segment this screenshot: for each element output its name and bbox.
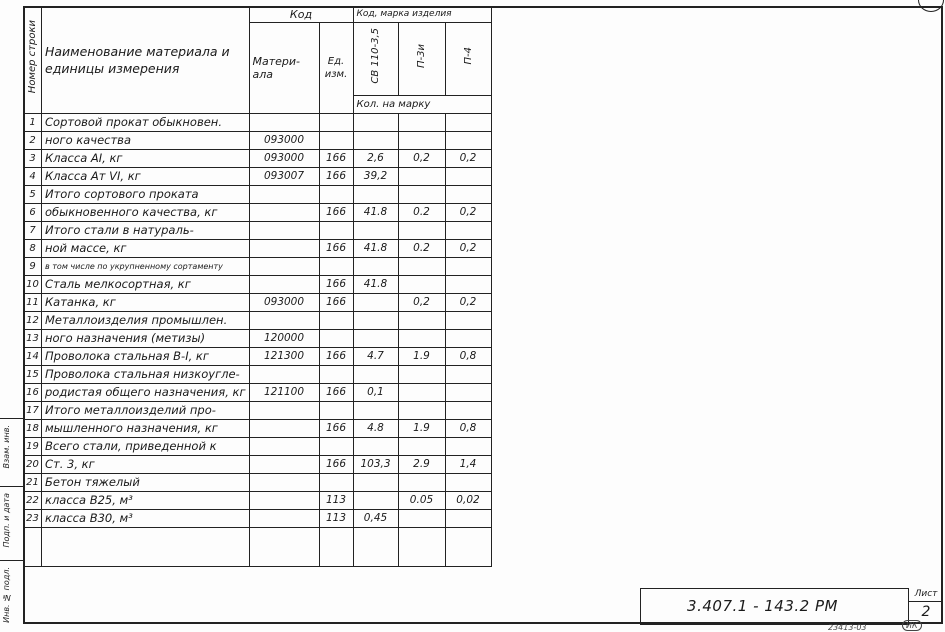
row-number-cell: 18 xyxy=(24,420,42,438)
table-row: 20Ст. 3, кг166103,32.91,4 xyxy=(24,456,492,474)
material-name-cell: Итого стали в натураль- xyxy=(42,222,250,240)
qty-p3i-cell xyxy=(398,528,445,567)
header-row-1: Номер строки Наименование материала и ед… xyxy=(24,7,492,23)
qty-sv110-cell xyxy=(353,438,398,456)
qty-p3i-cell xyxy=(398,258,445,276)
unit-code-cell: 166 xyxy=(319,294,353,312)
unit-code-cell xyxy=(319,438,353,456)
unit-code-cell: 113 xyxy=(319,510,353,528)
table-row: 13ного назначения (метизы)120000 xyxy=(24,330,492,348)
sheet-label: Лист xyxy=(909,588,943,602)
qty-p3i-cell: 0.2 xyxy=(398,240,445,258)
material-code-cell xyxy=(249,474,319,492)
material-code-cell: 093007 xyxy=(249,168,319,186)
qty-p3i-cell xyxy=(398,168,445,186)
header-material-code: Матери- ала xyxy=(249,23,319,114)
row-number-cell: 4 xyxy=(24,168,42,186)
table-row: 5Итого сортового проката xyxy=(24,186,492,204)
row-number-cell: 8 xyxy=(24,240,42,258)
frame-right xyxy=(941,6,943,624)
material-code-cell: 121100 xyxy=(249,384,319,402)
material-code-cell xyxy=(249,366,319,384)
qty-sv110-cell xyxy=(353,528,398,567)
qty-sv110-cell: 39,2 xyxy=(353,168,398,186)
table-row: 15Проволока стальная низкоугле- xyxy=(24,366,492,384)
material-name-cell: ного качества xyxy=(42,132,250,150)
table-row: 16родистая общего назначения, кг12110016… xyxy=(24,384,492,402)
qty-p4-cell: 0,2 xyxy=(445,204,491,222)
material-name-cell: Всего стали, приведенной к xyxy=(42,438,250,456)
archive-mark: ИК xyxy=(902,620,922,631)
unit-code-cell: 166 xyxy=(319,276,353,294)
qty-p3i-cell xyxy=(398,186,445,204)
qty-p4-cell xyxy=(445,276,491,294)
qty-p3i-cell xyxy=(398,132,445,150)
qty-p4-cell xyxy=(445,384,491,402)
material-code-cell xyxy=(249,240,319,258)
qty-sv110-cell xyxy=(353,132,398,150)
qty-p3i-cell xyxy=(398,312,445,330)
qty-p3i-cell xyxy=(398,474,445,492)
qty-p3i-cell: 0.05 xyxy=(398,492,445,510)
row-number-cell: 9 xyxy=(24,258,42,276)
qty-p3i-cell xyxy=(398,438,445,456)
qty-p3i-cell xyxy=(398,384,445,402)
qty-p4-cell xyxy=(445,312,491,330)
table-row: 9в том числе по укрупненному сортаменту xyxy=(24,258,492,276)
row-number-cell: 2 xyxy=(24,132,42,150)
title-block: 3.407.1 - 143.2 РМ xyxy=(640,588,909,625)
qty-p4-cell xyxy=(445,114,491,132)
row-number-cell: 17 xyxy=(24,402,42,420)
material-name-cell xyxy=(42,528,250,567)
header-mark-p3i: П-3и xyxy=(398,23,445,96)
side-cell-inventory-no: Инв. № подл. xyxy=(0,560,24,624)
unit-code-cell: 166 xyxy=(319,168,353,186)
qty-sv110-cell: 0,1 xyxy=(353,384,398,402)
qty-p3i-cell: 1.9 xyxy=(398,420,445,438)
header-mark-sv110: СВ 110-3,5 xyxy=(353,23,398,96)
qty-p4-cell: 0,2 xyxy=(445,240,491,258)
qty-sv110-cell: 4.7 xyxy=(353,348,398,366)
qty-sv110-cell: 4.8 xyxy=(353,420,398,438)
qty-p3i-cell: 0,2 xyxy=(398,150,445,168)
qty-sv110-cell xyxy=(353,312,398,330)
material-name-cell: в том числе по укрупненному сортаменту xyxy=(42,258,250,276)
qty-p4-cell: 0,8 xyxy=(445,420,491,438)
unit-code-cell xyxy=(319,330,353,348)
qty-p4-cell xyxy=(445,258,491,276)
qty-p3i-cell: 0.2 xyxy=(398,204,445,222)
unit-code-cell xyxy=(319,132,353,150)
side-label-replaced-inv: Взам. инв. xyxy=(2,425,11,468)
qty-p3i-cell: 0,2 xyxy=(398,294,445,312)
row-number-cell: 20 xyxy=(24,456,42,474)
sheet-box: Лист 2 xyxy=(908,588,943,623)
material-code-cell xyxy=(249,528,319,567)
unit-code-cell: 166 xyxy=(319,150,353,168)
table-row: 12Металлоизделия промышлен. xyxy=(24,312,492,330)
archive-number: 23413-03 xyxy=(828,623,867,632)
table-row: 11Катанка, кг0930001660,20,2 xyxy=(24,294,492,312)
material-name-cell: Итого металлоизделий про- xyxy=(42,402,250,420)
qty-sv110-cell xyxy=(353,330,398,348)
qty-p4-cell xyxy=(445,474,491,492)
qty-p3i-cell: 1.9 xyxy=(398,348,445,366)
qty-p4-cell: 0,02 xyxy=(445,492,491,510)
table-row: 2ного качества093000 xyxy=(24,132,492,150)
material-code-cell xyxy=(249,492,319,510)
material-code-cell: 120000 xyxy=(249,330,319,348)
qty-sv110-cell: 41.8 xyxy=(353,204,398,222)
material-name-cell: Проволока стальная низкоугле- xyxy=(42,366,250,384)
qty-p4-cell xyxy=(445,132,491,150)
unit-code-cell xyxy=(319,114,353,132)
table-row: 3Класса АI, кг0930001662,60,20,2 xyxy=(24,150,492,168)
qty-p3i-cell: 2.9 xyxy=(398,456,445,474)
material-code-cell xyxy=(249,510,319,528)
material-name-cell: Класса Ат VI, кг xyxy=(42,168,250,186)
qty-p3i-cell xyxy=(398,402,445,420)
unit-code-cell xyxy=(319,366,353,384)
row-number-cell: 12 xyxy=(24,312,42,330)
header-code-group: Код xyxy=(249,7,353,23)
unit-code-cell: 166 xyxy=(319,348,353,366)
qty-p3i-cell xyxy=(398,114,445,132)
qty-sv110-cell xyxy=(353,366,398,384)
qty-p4-cell xyxy=(445,186,491,204)
material-code-cell xyxy=(249,276,319,294)
row-number-cell: 23 xyxy=(24,510,42,528)
table-row: 22класса В25, м³1130.050,02 xyxy=(24,492,492,510)
table-row: 23класса В30, м³1130,45 xyxy=(24,510,492,528)
table-row: 18мышленного назначения, кг1664.81.90,8 xyxy=(24,420,492,438)
unit-code-cell: 166 xyxy=(319,240,353,258)
unit-code-cell xyxy=(319,222,353,240)
row-number-cell: 22 xyxy=(24,492,42,510)
row-number-cell: 3 xyxy=(24,150,42,168)
qty-sv110-cell: 2,6 xyxy=(353,150,398,168)
material-spec-table: Номер строки Наименование материала и ед… xyxy=(23,6,492,567)
row-number-cell: 10 xyxy=(24,276,42,294)
qty-sv110-cell xyxy=(353,402,398,420)
unit-code-cell: 166 xyxy=(319,420,353,438)
qty-p4-cell xyxy=(445,528,491,567)
qty-sv110-cell: 41.8 xyxy=(353,276,398,294)
material-name-cell: мышленного назначения, кг xyxy=(42,420,250,438)
side-cell-replaced-inv: Взам. инв. xyxy=(0,418,24,487)
unit-code-cell: 166 xyxy=(319,456,353,474)
qty-p3i-cell xyxy=(398,222,445,240)
material-code-cell xyxy=(249,312,319,330)
row-number-cell: 11 xyxy=(24,294,42,312)
material-name-cell: класса В25, м³ xyxy=(42,492,250,510)
row-number-cell: 21 xyxy=(24,474,42,492)
qty-p4-cell xyxy=(445,222,491,240)
qty-sv110-cell: 103,3 xyxy=(353,456,398,474)
row-number-cell: 6 xyxy=(24,204,42,222)
side-label-signature-date: Подп. и дата xyxy=(2,493,11,548)
unit-code-cell xyxy=(319,258,353,276)
qty-p3i-cell xyxy=(398,276,445,294)
qty-p4-cell xyxy=(445,510,491,528)
material-code-cell xyxy=(249,114,319,132)
header-mark-p4: П-4 xyxy=(445,23,491,96)
material-name-cell: Класса АI, кг xyxy=(42,150,250,168)
qty-sv110-cell xyxy=(353,474,398,492)
qty-p3i-cell xyxy=(398,510,445,528)
material-name-cell: Сталь мелкосортная, кг xyxy=(42,276,250,294)
material-code-cell: 121300 xyxy=(249,348,319,366)
header-product-group: Код, марка изделия xyxy=(353,7,491,23)
table-row: 14Проволока стальная В-I, кг1213001664.7… xyxy=(24,348,492,366)
material-code-cell: 093000 xyxy=(249,132,319,150)
qty-sv110-cell xyxy=(353,294,398,312)
material-name-cell: Ст. 3, кг xyxy=(42,456,250,474)
material-code-cell xyxy=(249,222,319,240)
header-row-number: Номер строки xyxy=(24,7,42,114)
material-name-cell: ной массе, кг xyxy=(42,240,250,258)
qty-p4-cell: 0,2 xyxy=(445,294,491,312)
unit-code-cell xyxy=(319,402,353,420)
material-code-cell xyxy=(249,420,319,438)
qty-p4-cell xyxy=(445,168,491,186)
qty-sv110-cell xyxy=(353,114,398,132)
qty-sv110-cell xyxy=(353,492,398,510)
qty-sv110-cell: 0,45 xyxy=(353,510,398,528)
side-stamp-strip: Взам. инв. Подп. и дата Инв. № подл. xyxy=(0,418,25,623)
row-number-cell: 13 xyxy=(24,330,42,348)
row-number-cell: 14 xyxy=(24,348,42,366)
qty-p4-cell xyxy=(445,366,491,384)
row-number-cell xyxy=(24,528,42,567)
material-name-cell: Катанка, кг xyxy=(42,294,250,312)
table-row: 1Сортовой прокат обыкновен. xyxy=(24,114,492,132)
table-row: 17Итого металлоизделий про- xyxy=(24,402,492,420)
qty-p3i-cell xyxy=(398,330,445,348)
row-number-cell: 1 xyxy=(24,114,42,132)
header-material-name: Наименование материала и единицы измерен… xyxy=(42,7,250,114)
material-name-cell: ного назначения (метизы) xyxy=(42,330,250,348)
material-name-cell: Металлоизделия промышлен. xyxy=(42,312,250,330)
material-code-cell: 093000 xyxy=(249,150,319,168)
unit-code-cell xyxy=(319,528,353,567)
unit-code-cell: 166 xyxy=(319,384,353,402)
material-code-cell xyxy=(249,258,319,276)
material-code-cell: 093000 xyxy=(249,294,319,312)
material-name-cell: Сортовой прокат обыкновен. xyxy=(42,114,250,132)
table-row: 8ной массе, кг16641.80.20,2 xyxy=(24,240,492,258)
header-qty-per-mark: Кол. на марку xyxy=(353,96,491,114)
header-unit-code: Ед. изм. xyxy=(319,23,353,114)
material-name-cell: родистая общего назначения, кг xyxy=(42,384,250,402)
material-name-cell: класса В30, м³ xyxy=(42,510,250,528)
row-number-cell: 19 xyxy=(24,438,42,456)
table-row: 21Бетон тяжелый xyxy=(24,474,492,492)
table-row: 10Сталь мелкосортная, кг16641.8 xyxy=(24,276,492,294)
qty-sv110-cell xyxy=(353,186,398,204)
material-code-cell xyxy=(249,186,319,204)
material-name-cell: обыкновенного качества, кг xyxy=(42,204,250,222)
row-number-cell: 7 xyxy=(24,222,42,240)
qty-p4-cell xyxy=(445,402,491,420)
table-row: 7Итого стали в натураль- xyxy=(24,222,492,240)
table-body: 1Сортовой прокат обыкновен.2ного качеств… xyxy=(24,114,492,567)
qty-sv110-cell xyxy=(353,222,398,240)
qty-sv110-cell xyxy=(353,258,398,276)
side-label-inventory-no: Инв. № подл. xyxy=(2,567,11,623)
document-code: 3.407.1 - 143.2 РМ xyxy=(641,589,884,624)
row-number-cell: 16 xyxy=(24,384,42,402)
row-number-cell: 5 xyxy=(24,186,42,204)
table-row xyxy=(24,528,492,567)
unit-code-cell: 113 xyxy=(319,492,353,510)
qty-p4-cell xyxy=(445,438,491,456)
unit-code-cell xyxy=(319,474,353,492)
qty-sv110-cell: 41.8 xyxy=(353,240,398,258)
material-code-cell xyxy=(249,402,319,420)
material-name-cell: Итого сортового проката xyxy=(42,186,250,204)
material-code-cell xyxy=(249,438,319,456)
qty-p4-cell: 0,2 xyxy=(445,150,491,168)
table-row: 6обыкновенного качества, кг16641.80.20,2 xyxy=(24,204,492,222)
qty-p3i-cell xyxy=(398,366,445,384)
material-name-cell: Бетон тяжелый xyxy=(42,474,250,492)
table-row: 4Класса Ат VI, кг09300716639,2 xyxy=(24,168,492,186)
row-number-cell: 15 xyxy=(24,366,42,384)
side-cell-signature-date: Подп. и дата xyxy=(0,486,24,561)
material-name-cell: Проволока стальная В-I, кг xyxy=(42,348,250,366)
material-code-cell xyxy=(249,456,319,474)
qty-p4-cell xyxy=(445,330,491,348)
qty-p4-cell: 1,4 xyxy=(445,456,491,474)
unit-code-cell xyxy=(319,186,353,204)
material-code-cell xyxy=(249,204,319,222)
table-row: 19Всего стали, приведенной к xyxy=(24,438,492,456)
qty-p4-cell: 0,8 xyxy=(445,348,491,366)
unit-code-cell: 166 xyxy=(319,204,353,222)
unit-code-cell xyxy=(319,312,353,330)
